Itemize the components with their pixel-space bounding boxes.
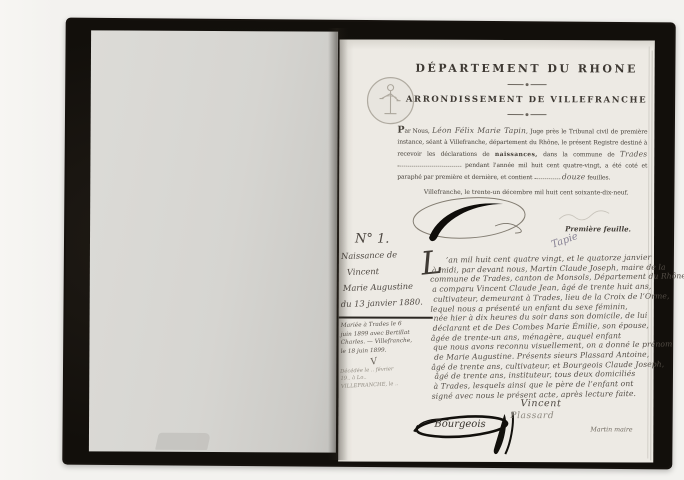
register-preamble: Par Nous, Léon Félix Marie Tapin, Juge p… — [397, 125, 647, 184]
arrondissement-title: ARRONDISSEMENT DE VILLEFRANCHE — [398, 95, 656, 106]
margin-birth-line: du 13 janvier 1880. — [341, 293, 433, 312]
preamble-text: feuilles. — [587, 174, 610, 181]
preamble-text: dans la commune de — [543, 151, 614, 158]
right-page-register: DÉPARTEMENT DU RHONE ARRONDISSEMENT DE V… — [338, 39, 654, 462]
book-gutter — [328, 28, 348, 460]
judge-signature: Tapie — [550, 231, 579, 251]
preamble-lead: Par Nous, — [397, 125, 429, 137]
margin-divider-rule — [339, 316, 433, 318]
commune-name-handwritten: Trades — [620, 149, 647, 158]
birth-act-text: ’an mil huit cent quatre vingt, et le qu… — [432, 253, 662, 402]
births-word: naissances, — [495, 151, 538, 158]
mayor-signature: Martin maire — [590, 426, 632, 433]
witness-signature: Plassard — [510, 411, 554, 421]
father-signature: Vincent — [520, 398, 561, 409]
department-title: DÉPARTEMENT DU RHONE — [398, 62, 656, 76]
scanned-register-photo: DÉPARTEMENT DU RHONE ARRONDISSEMENT DE V… — [0, 0, 684, 480]
divider-ornament — [397, 112, 655, 117]
pencil-scribble — [557, 208, 617, 222]
sheet-count-handwritten: douze — [562, 172, 586, 181]
paper-smudge — [155, 433, 211, 450]
death-mention: Décédée le .. février 19.. à Lo.. VILLEF… — [340, 365, 433, 392]
blank-filler-line — [534, 173, 560, 179]
blank-filler-line — [397, 161, 461, 167]
left-page-blank — [89, 30, 338, 452]
judge-name-handwritten: Léon Félix Marie Tapin — [432, 126, 526, 135]
bourgeois-signature-text: Bourgeois — [433, 419, 485, 430]
divider-ornament — [398, 82, 656, 87]
page-edge-shade — [340, 39, 655, 50]
printed-header-block: DÉPARTEMENT DU RHONE ARRONDISSEMENT DE V… — [397, 54, 655, 197]
